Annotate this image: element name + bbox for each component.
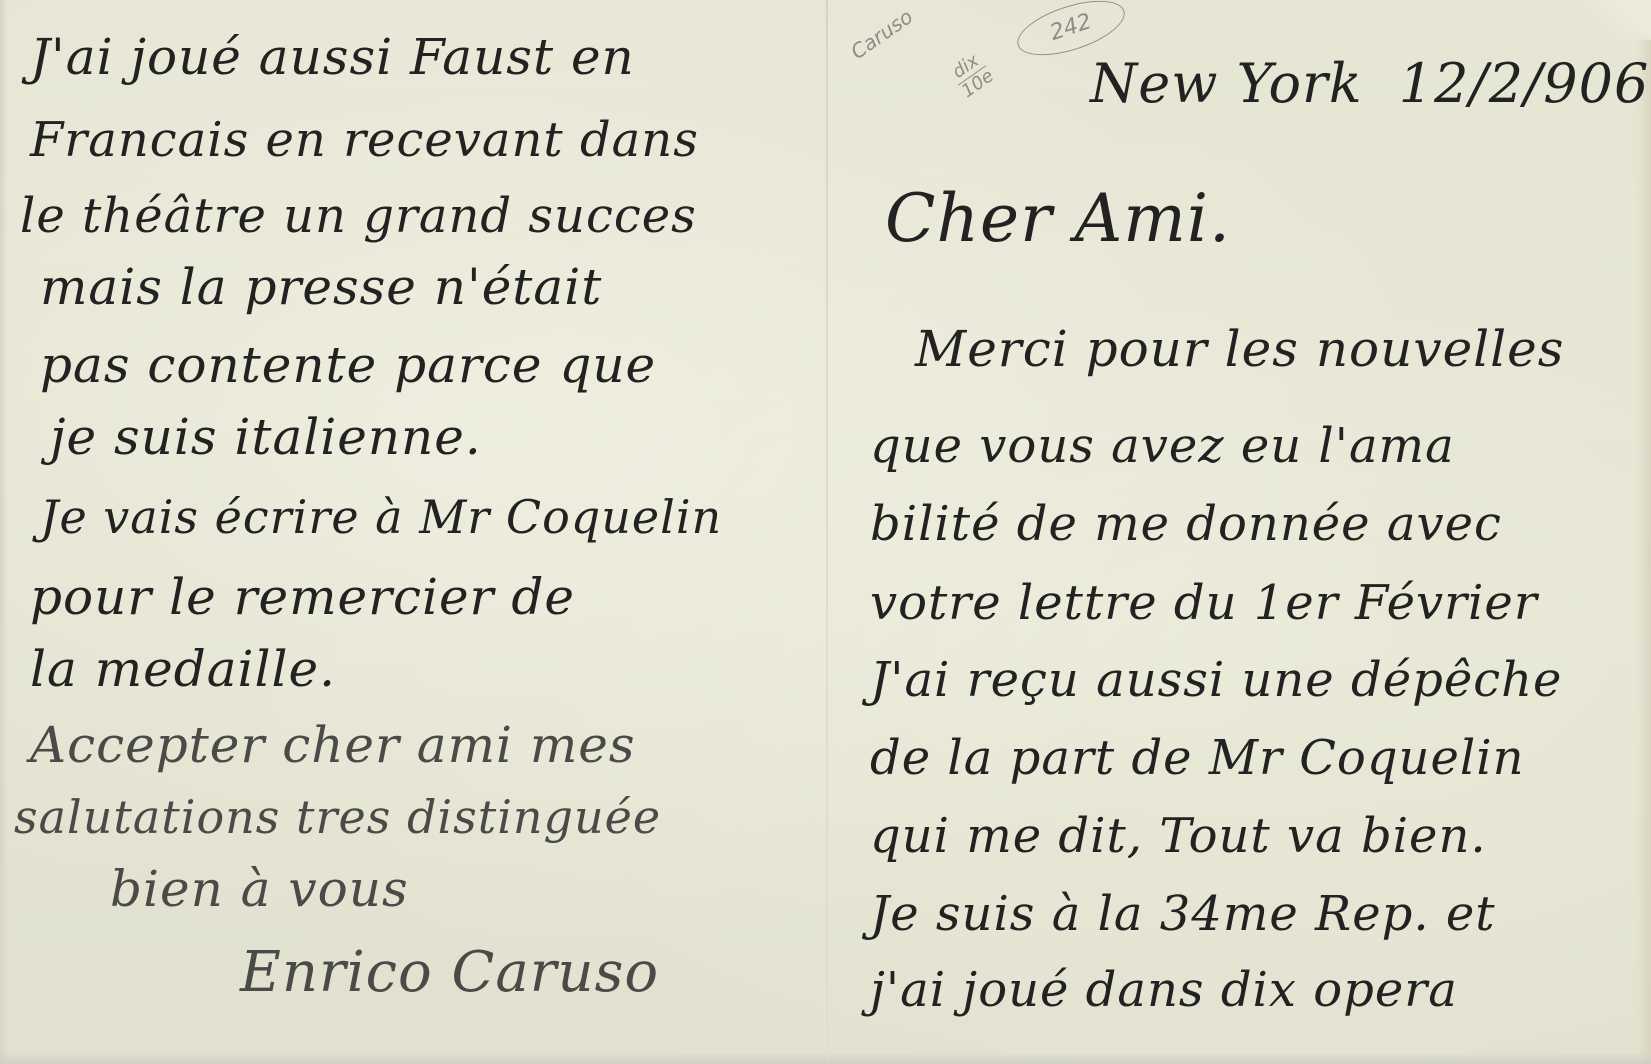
letter-signature: Enrico Caruso (240, 940, 659, 1005)
archive-name-note: Caruso (846, 4, 917, 64)
left-line-4: mais la presse n'était (40, 258, 602, 316)
letter-closing: bien à vous (110, 860, 409, 918)
right-line-4: votre lettre du 1er Février (870, 575, 1538, 631)
right-line-3: bilité de me donnée avec (870, 496, 1502, 552)
archive-fraction-note: dix 10e (946, 49, 997, 102)
left-line-2: Francais en recevant dans (30, 112, 699, 168)
right-line-5: J'ai reçu aussi une dépêche (870, 652, 1562, 708)
left-line-7: Je vais écrire à Mr Coquelin (40, 490, 722, 544)
letter-salutation: Cher Ami. (885, 180, 1231, 257)
letter-date: 12/2/906 (1399, 52, 1650, 115)
left-line-11: salutations tres distinguée (14, 790, 661, 844)
right-line-2: que vous avez eu l'ama (870, 418, 1455, 474)
center-fold (826, 0, 828, 1064)
right-line-7: qui me dit, Tout va bien. (870, 808, 1487, 864)
paper-corner (1581, 0, 1651, 40)
right-line-8: Je suis à la 34me Rep. et (870, 886, 1496, 942)
right-line-6: de la part de Mr Coquelin (870, 730, 1524, 786)
left-line-8: pour le remercier de (30, 568, 575, 626)
left-line-10: Accepter cher ami mes (30, 716, 636, 774)
letter-header: New York 12/2/906 (1090, 52, 1649, 115)
left-line-1: J'ai joué aussi Faust en (30, 28, 635, 86)
letter-place: New York (1090, 52, 1363, 115)
paper-edge-right (1637, 0, 1651, 1064)
left-line-3: le théâtre un grand succes (20, 188, 697, 244)
left-line-9: la medaille. (30, 640, 336, 698)
letter-scan: Caruso dix 10e 242 New York 12/2/906 Che… (0, 0, 1651, 1064)
left-line-6: je suis italienne. (50, 408, 482, 466)
left-line-5: pas contente parce que (40, 336, 656, 394)
right-line-1: Merci pour les nouvelles (915, 320, 1564, 378)
paper-edge-left (0, 0, 8, 1064)
right-line-9: j'ai joué dans dix opera (870, 962, 1458, 1018)
